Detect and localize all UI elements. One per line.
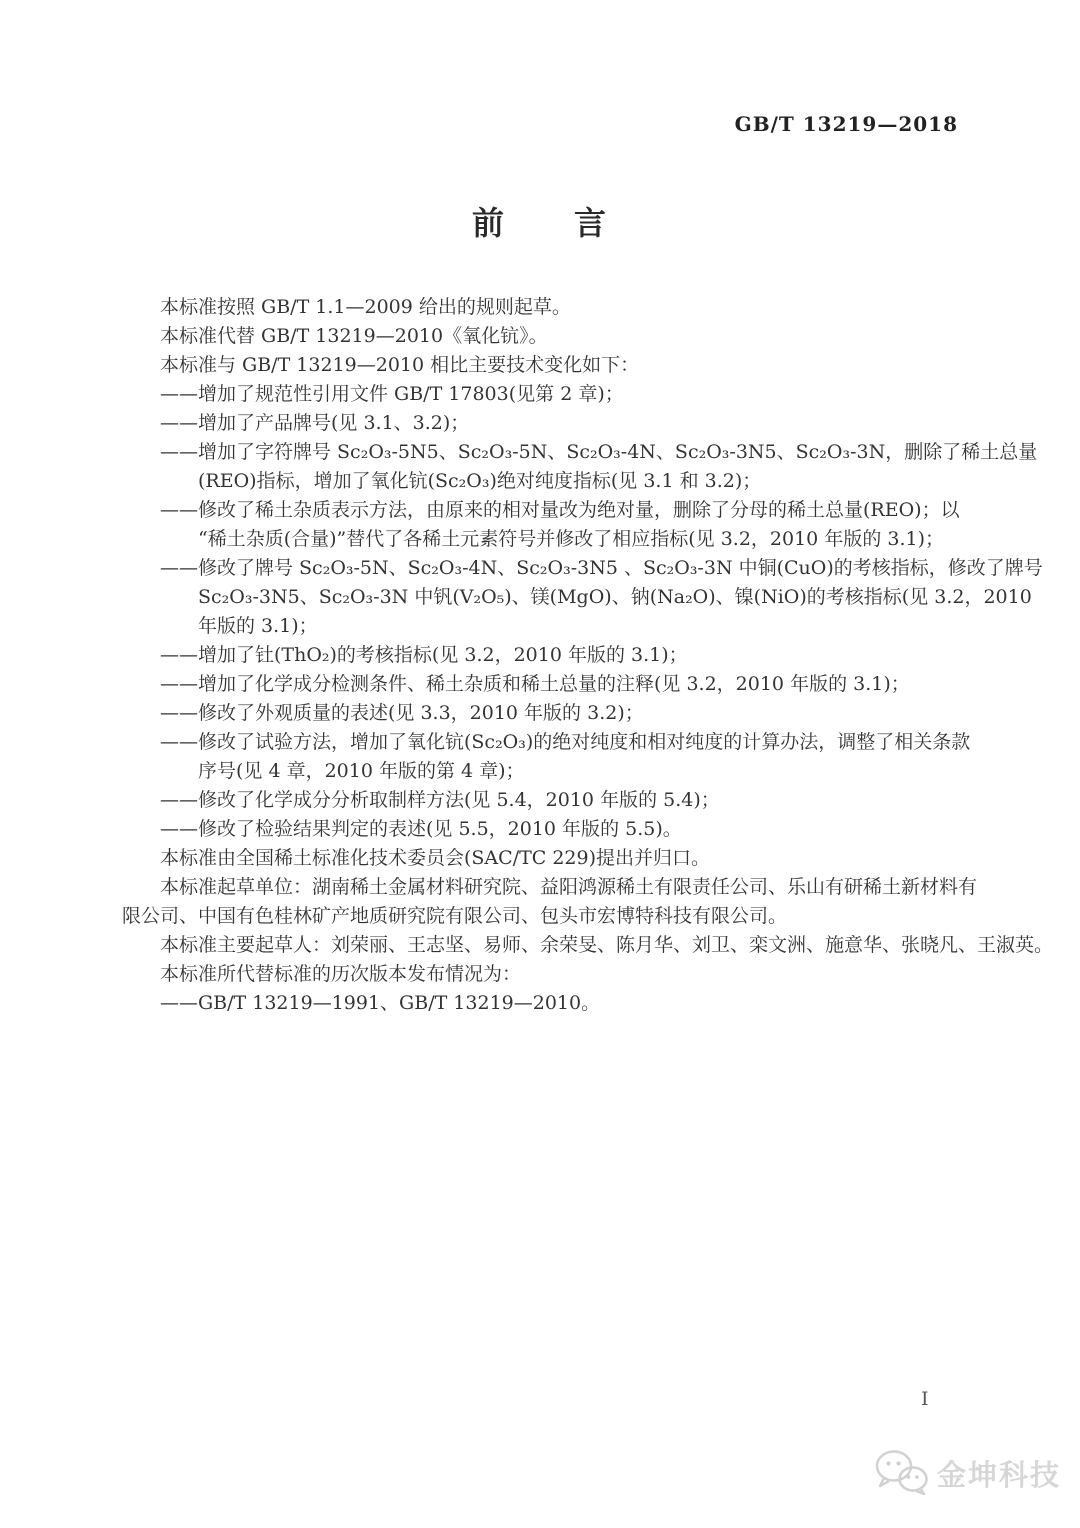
foreword-body: 本标准按照 GB/T 1.1—2009 给出的规则起草。本标准代替 GB/T 1… bbox=[122, 293, 1052, 1018]
text-line: ——增加了化学成分检测条件、稀土杂质和稀土总量的注释(见 3.2，2010 年版… bbox=[122, 670, 1052, 699]
watermark: 金坤科技 bbox=[872, 1446, 1061, 1500]
text-line: ——增加了规范性引用文件 GB/T 17803(见第 2 章)； bbox=[122, 380, 1052, 409]
text-line: “稀土杂质(合量)”替代了各稀土元素符号并修改了相应指标(见 3.2，2010 … bbox=[122, 525, 1052, 554]
text-line: ——GB/T 13219—1991、GB/T 13219—2010。 bbox=[122, 989, 1052, 1018]
text-line: 本标准起草单位：湖南稀土金属材料研究院、益阳鸿源稀土有限责任公司、乐山有研稀土新… bbox=[122, 873, 1052, 902]
text-line: Sc₂O₃-3N5、Sc₂O₃-3N 中钒(V₂O₅)、镁(MgO)、钠(Na₂… bbox=[122, 583, 1052, 612]
text-line: ——增加了字符牌号 Sc₂O₃-5N5、Sc₂O₃-5N、Sc₂O₃-4N、Sc… bbox=[122, 438, 1052, 467]
wechat-icon bbox=[872, 1446, 930, 1500]
standard-code: GB/T 13219—2018 bbox=[735, 112, 958, 136]
text-line: 本标准代替 GB/T 13219—2010《氧化钪》。 bbox=[122, 322, 1052, 351]
text-line: 序号(见 4 章，2010 年版的第 4 章)； bbox=[122, 757, 1052, 786]
text-line: ——修改了检验结果判定的表述(见 5.5，2010 年版的 5.5)。 bbox=[122, 815, 1052, 844]
text-line: 本标准由全国稀土标准化技术委员会(SAC/TC 229)提出并归口。 bbox=[122, 844, 1052, 873]
text-line: 本标准按照 GB/T 1.1—2009 给出的规则起草。 bbox=[122, 293, 1052, 322]
text-line: ——增加了钍(ThO₂)的考核指标(见 3.2，2010 年版的 3.1)； bbox=[122, 641, 1052, 670]
watermark-brand-text: 金坤科技 bbox=[937, 1453, 1061, 1494]
document-page: GB/T 13219—2018 前 言 本标准按照 GB/T 1.1—2009 … bbox=[0, 0, 1080, 1528]
page-title: 前 言 bbox=[0, 198, 1080, 244]
text-line: ——修改了稀土杂质表示方法，由原来的相对量改为绝对量，删除了分母的稀土总量(RE… bbox=[122, 496, 1052, 525]
page-number: I bbox=[921, 1388, 929, 1410]
text-line: 本标准所代替标准的历次版本发布情况为： bbox=[122, 960, 1052, 989]
text-line: ——修改了牌号 Sc₂O₃-5N、Sc₂O₃-4N、Sc₂O₃-3N5 、Sc₂… bbox=[122, 554, 1052, 583]
text-line: 本标准与 GB/T 13219—2010 相比主要技术变化如下： bbox=[122, 351, 1052, 380]
text-line: 本标准主要起草人：刘荣丽、王志坚、易师、余荣旻、陈月华、刘卫、栾文洲、施意华、张… bbox=[122, 931, 1052, 960]
text-line: ——修改了试验方法，增加了氧化钪(Sc₂O₃)的绝对纯度和相对纯度的计算办法，调… bbox=[122, 728, 1052, 757]
text-line: ——修改了外观质量的表述(见 3.3，2010 年版的 3.2)； bbox=[122, 699, 1052, 728]
text-line: ——增加了产品牌号(见 3.1、3.2)； bbox=[122, 409, 1052, 438]
text-line: ——修改了化学成分分析取制样方法(见 5.4，2010 年版的 5.4)； bbox=[122, 786, 1052, 815]
text-line: 年版的 3.1)； bbox=[122, 612, 1052, 641]
text-line: 限公司、中国有色桂林矿产地质研究院有限公司、包头市宏博特科技有限公司。 bbox=[122, 902, 1052, 931]
text-line: (REO)指标，增加了氧化钪(Sc₂O₃)绝对纯度指标(见 3.1 和 3.2)… bbox=[122, 467, 1052, 496]
